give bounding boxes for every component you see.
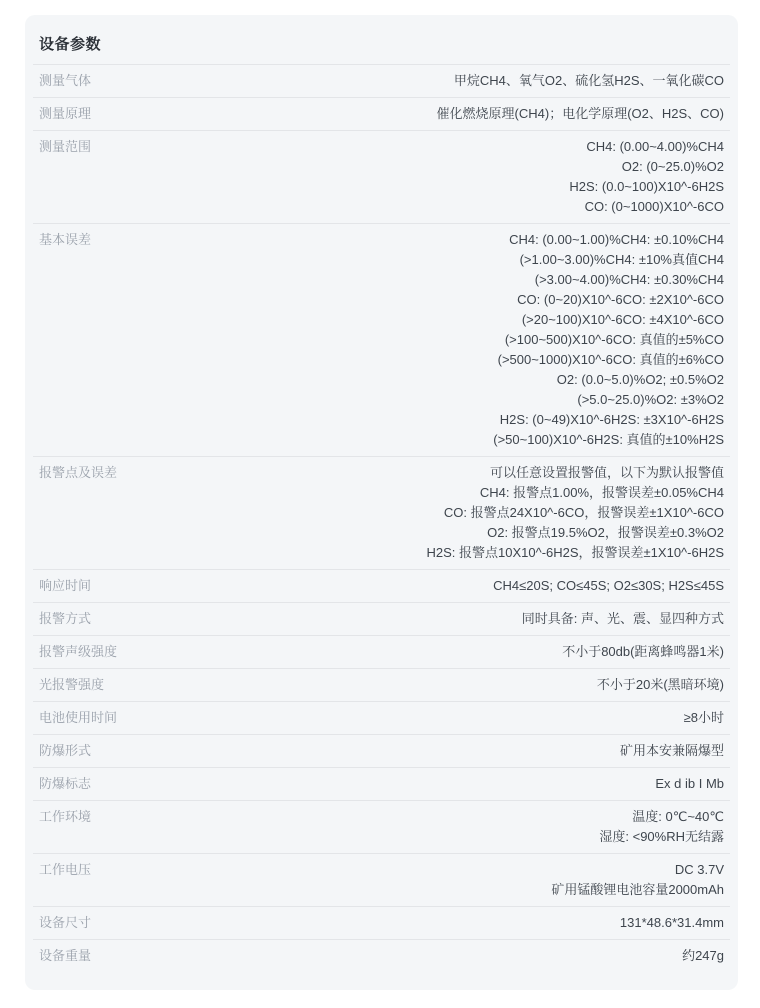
spec-value-line: (>1.00~3.00)%CH4: ±10%真值CH4: [111, 250, 724, 270]
spec-value-line: 催化燃烧原理(CH4)；电化学原理(O2、H2S、CO): [111, 104, 724, 124]
spec-row: 工作环境 温度: 0℃~40℃湿度: <90%RH无结露: [33, 800, 730, 853]
spec-row: 测量范围 CH4: (0.00~4.00)%CH4O2: (0~25.0)%O2…: [33, 130, 730, 223]
spec-row: 工作电压 DC 3.7V矿用锰酸锂电池容量2000mAh: [33, 853, 730, 906]
spec-label: 基本误差: [39, 230, 91, 250]
spec-value: 同时具备: 声、光、震、显四种方式: [111, 609, 724, 629]
spec-value-line: H2S: 报警点10X10^-6H2S，报警误差±1X10^-6H2S: [137, 543, 724, 563]
spec-value-line: CO: (0~20)X10^-6CO: ±2X10^-6CO: [111, 290, 724, 310]
spec-value-line: 同时具备: 声、光、震、显四种方式: [111, 609, 724, 629]
spec-value-line: 约247g: [111, 946, 724, 966]
spec-value-line: 温度: 0℃~40℃: [111, 807, 724, 827]
spec-value: 不小于80db(距离蜂鸣器1米): [137, 642, 724, 662]
spec-value-line: 矿用本安兼隔爆型: [111, 741, 724, 761]
spec-label: 光报警强度: [39, 675, 104, 695]
spec-value-line: (>3.00~4.00)%CH4: ±0.30%CH4: [111, 270, 724, 290]
spec-value-line: CH4: 报警点1.00%，报警误差±0.05%CH4: [137, 483, 724, 503]
spec-value-line: CH4: (0.00~1.00)%CH4: ±0.10%CH4: [111, 230, 724, 250]
spec-row: 响应时间 CH4≤20S; CO≤45S; O2≤30S; H2S≤45S: [33, 569, 730, 602]
spec-row: 测量气体 甲烷CH4、氧气O2、硫化氢H2S、一氧化碳CO: [33, 64, 730, 97]
spec-value-line: (>50~100)X10^-6H2S: 真值的±10%H2S: [111, 430, 724, 450]
spec-value-line: 湿度: <90%RH无结露: [111, 827, 724, 847]
spec-label: 测量原理: [39, 104, 91, 124]
spec-value-line: CH4≤20S; CO≤45S; O2≤30S; H2S≤45S: [111, 576, 724, 596]
spec-row: 报警声级强度 不小于80db(距离蜂鸣器1米): [33, 635, 730, 668]
panel-title: 设备参数: [33, 25, 730, 64]
spec-value: 可以任意设置报警值，以下为默认报警值CH4: 报警点1.00%，报警误差±0.0…: [137, 463, 724, 563]
spec-value-line: DC 3.7V: [111, 860, 724, 880]
spec-value-line: 可以任意设置报警值，以下为默认报警值: [137, 463, 724, 483]
spec-value: 不小于20米(黑暗环境): [124, 675, 724, 695]
spec-table: 测量气体 甲烷CH4、氧气O2、硫化氢H2S、一氧化碳CO 测量原理 催化燃烧原…: [33, 64, 730, 972]
spec-label: 防爆标志: [39, 774, 91, 794]
spec-value: CH4: (0.00~1.00)%CH4: ±0.10%CH4(>1.00~3.…: [111, 230, 724, 450]
spec-row: 报警方式 同时具备: 声、光、震、显四种方式: [33, 602, 730, 635]
device-parameters-panel: 设备参数 测量气体 甲烷CH4、氧气O2、硫化氢H2S、一氧化碳CO 测量原理 …: [25, 15, 738, 990]
spec-value: DC 3.7V矿用锰酸锂电池容量2000mAh: [111, 860, 724, 900]
spec-value: ≥8小时: [137, 708, 724, 728]
spec-label: 电池使用时间: [39, 708, 117, 728]
spec-value-line: O2: (0~25.0)%O2: [111, 157, 724, 177]
spec-row: 设备尺寸 131*48.6*31.4mm: [33, 906, 730, 939]
spec-row: 光报警强度 不小于20米(黑暗环境): [33, 668, 730, 701]
spec-value-line: (>20~100)X10^-6CO: ±4X10^-6CO: [111, 310, 724, 330]
spec-value-line: 矿用锰酸锂电池容量2000mAh: [111, 880, 724, 900]
spec-value-line: 甲烷CH4、氧气O2、硫化氢H2S、一氧化碳CO: [111, 71, 724, 91]
spec-value: 约247g: [111, 946, 724, 966]
spec-row: 设备重量 约247g: [33, 939, 730, 972]
spec-value: 甲烷CH4、氧气O2、硫化氢H2S、一氧化碳CO: [111, 71, 724, 91]
spec-value: 催化燃烧原理(CH4)；电化学原理(O2、H2S、CO): [111, 104, 724, 124]
spec-label: 报警声级强度: [39, 642, 117, 662]
spec-row: 防爆标志 Ex d ib I Mb: [33, 767, 730, 800]
spec-value-line: O2: 报警点19.5%O2，报警误差±0.3%O2: [137, 523, 724, 543]
spec-value-line: CO: 报警点24X10^-6CO，报警误差±1X10^-6CO: [137, 503, 724, 523]
spec-value-line: H2S: (0~49)X10^-6H2S: ±3X10^-6H2S: [111, 410, 724, 430]
spec-value: 温度: 0℃~40℃湿度: <90%RH无结露: [111, 807, 724, 847]
spec-label: 响应时间: [39, 576, 91, 596]
spec-value: 矿用本安兼隔爆型: [111, 741, 724, 761]
spec-row: 报警点及误差 可以任意设置报警值，以下为默认报警值CH4: 报警点1.00%，报…: [33, 456, 730, 569]
spec-label: 防爆形式: [39, 741, 91, 761]
spec-value-line: CH4: (0.00~4.00)%CH4: [111, 137, 724, 157]
spec-value-line: Ex d ib I Mb: [111, 774, 724, 794]
spec-value-line: 不小于80db(距离蜂鸣器1米): [137, 642, 724, 662]
spec-value-line: H2S: (0.0~100)X10^-6H2S: [111, 177, 724, 197]
spec-label: 测量范围: [39, 137, 91, 157]
spec-value-line: O2: (0.0~5.0)%O2; ±0.5%O2: [111, 370, 724, 390]
spec-label: 报警方式: [39, 609, 91, 629]
spec-value: Ex d ib I Mb: [111, 774, 724, 794]
spec-row: 测量原理 催化燃烧原理(CH4)；电化学原理(O2、H2S、CO): [33, 97, 730, 130]
spec-value-line: (>500~1000)X10^-6CO: 真值的±6%CO: [111, 350, 724, 370]
spec-value: 131*48.6*31.4mm: [111, 913, 724, 933]
spec-value-line: 131*48.6*31.4mm: [111, 913, 724, 933]
spec-value: CH4≤20S; CO≤45S; O2≤30S; H2S≤45S: [111, 576, 724, 596]
spec-label: 报警点及误差: [39, 463, 117, 483]
spec-row: 防爆形式 矿用本安兼隔爆型: [33, 734, 730, 767]
spec-row: 电池使用时间 ≥8小时: [33, 701, 730, 734]
spec-value-line: 不小于20米(黑暗环境): [124, 675, 724, 695]
spec-value-line: (>5.0~25.0)%O2: ±3%O2: [111, 390, 724, 410]
spec-label: 设备尺寸: [39, 913, 91, 933]
spec-value-line: ≥8小时: [137, 708, 724, 728]
spec-label: 测量气体: [39, 71, 91, 91]
spec-value-line: (>100~500)X10^-6CO: 真值的±5%CO: [111, 330, 724, 350]
spec-value-line: CO: (0~1000)X10^-6CO: [111, 197, 724, 217]
spec-label: 工作电压: [39, 860, 91, 880]
spec-value: CH4: (0.00~4.00)%CH4O2: (0~25.0)%O2H2S: …: [111, 137, 724, 217]
spec-row: 基本误差 CH4: (0.00~1.00)%CH4: ±0.10%CH4(>1.…: [33, 223, 730, 456]
spec-label: 工作环境: [39, 807, 91, 827]
spec-label: 设备重量: [39, 946, 91, 966]
